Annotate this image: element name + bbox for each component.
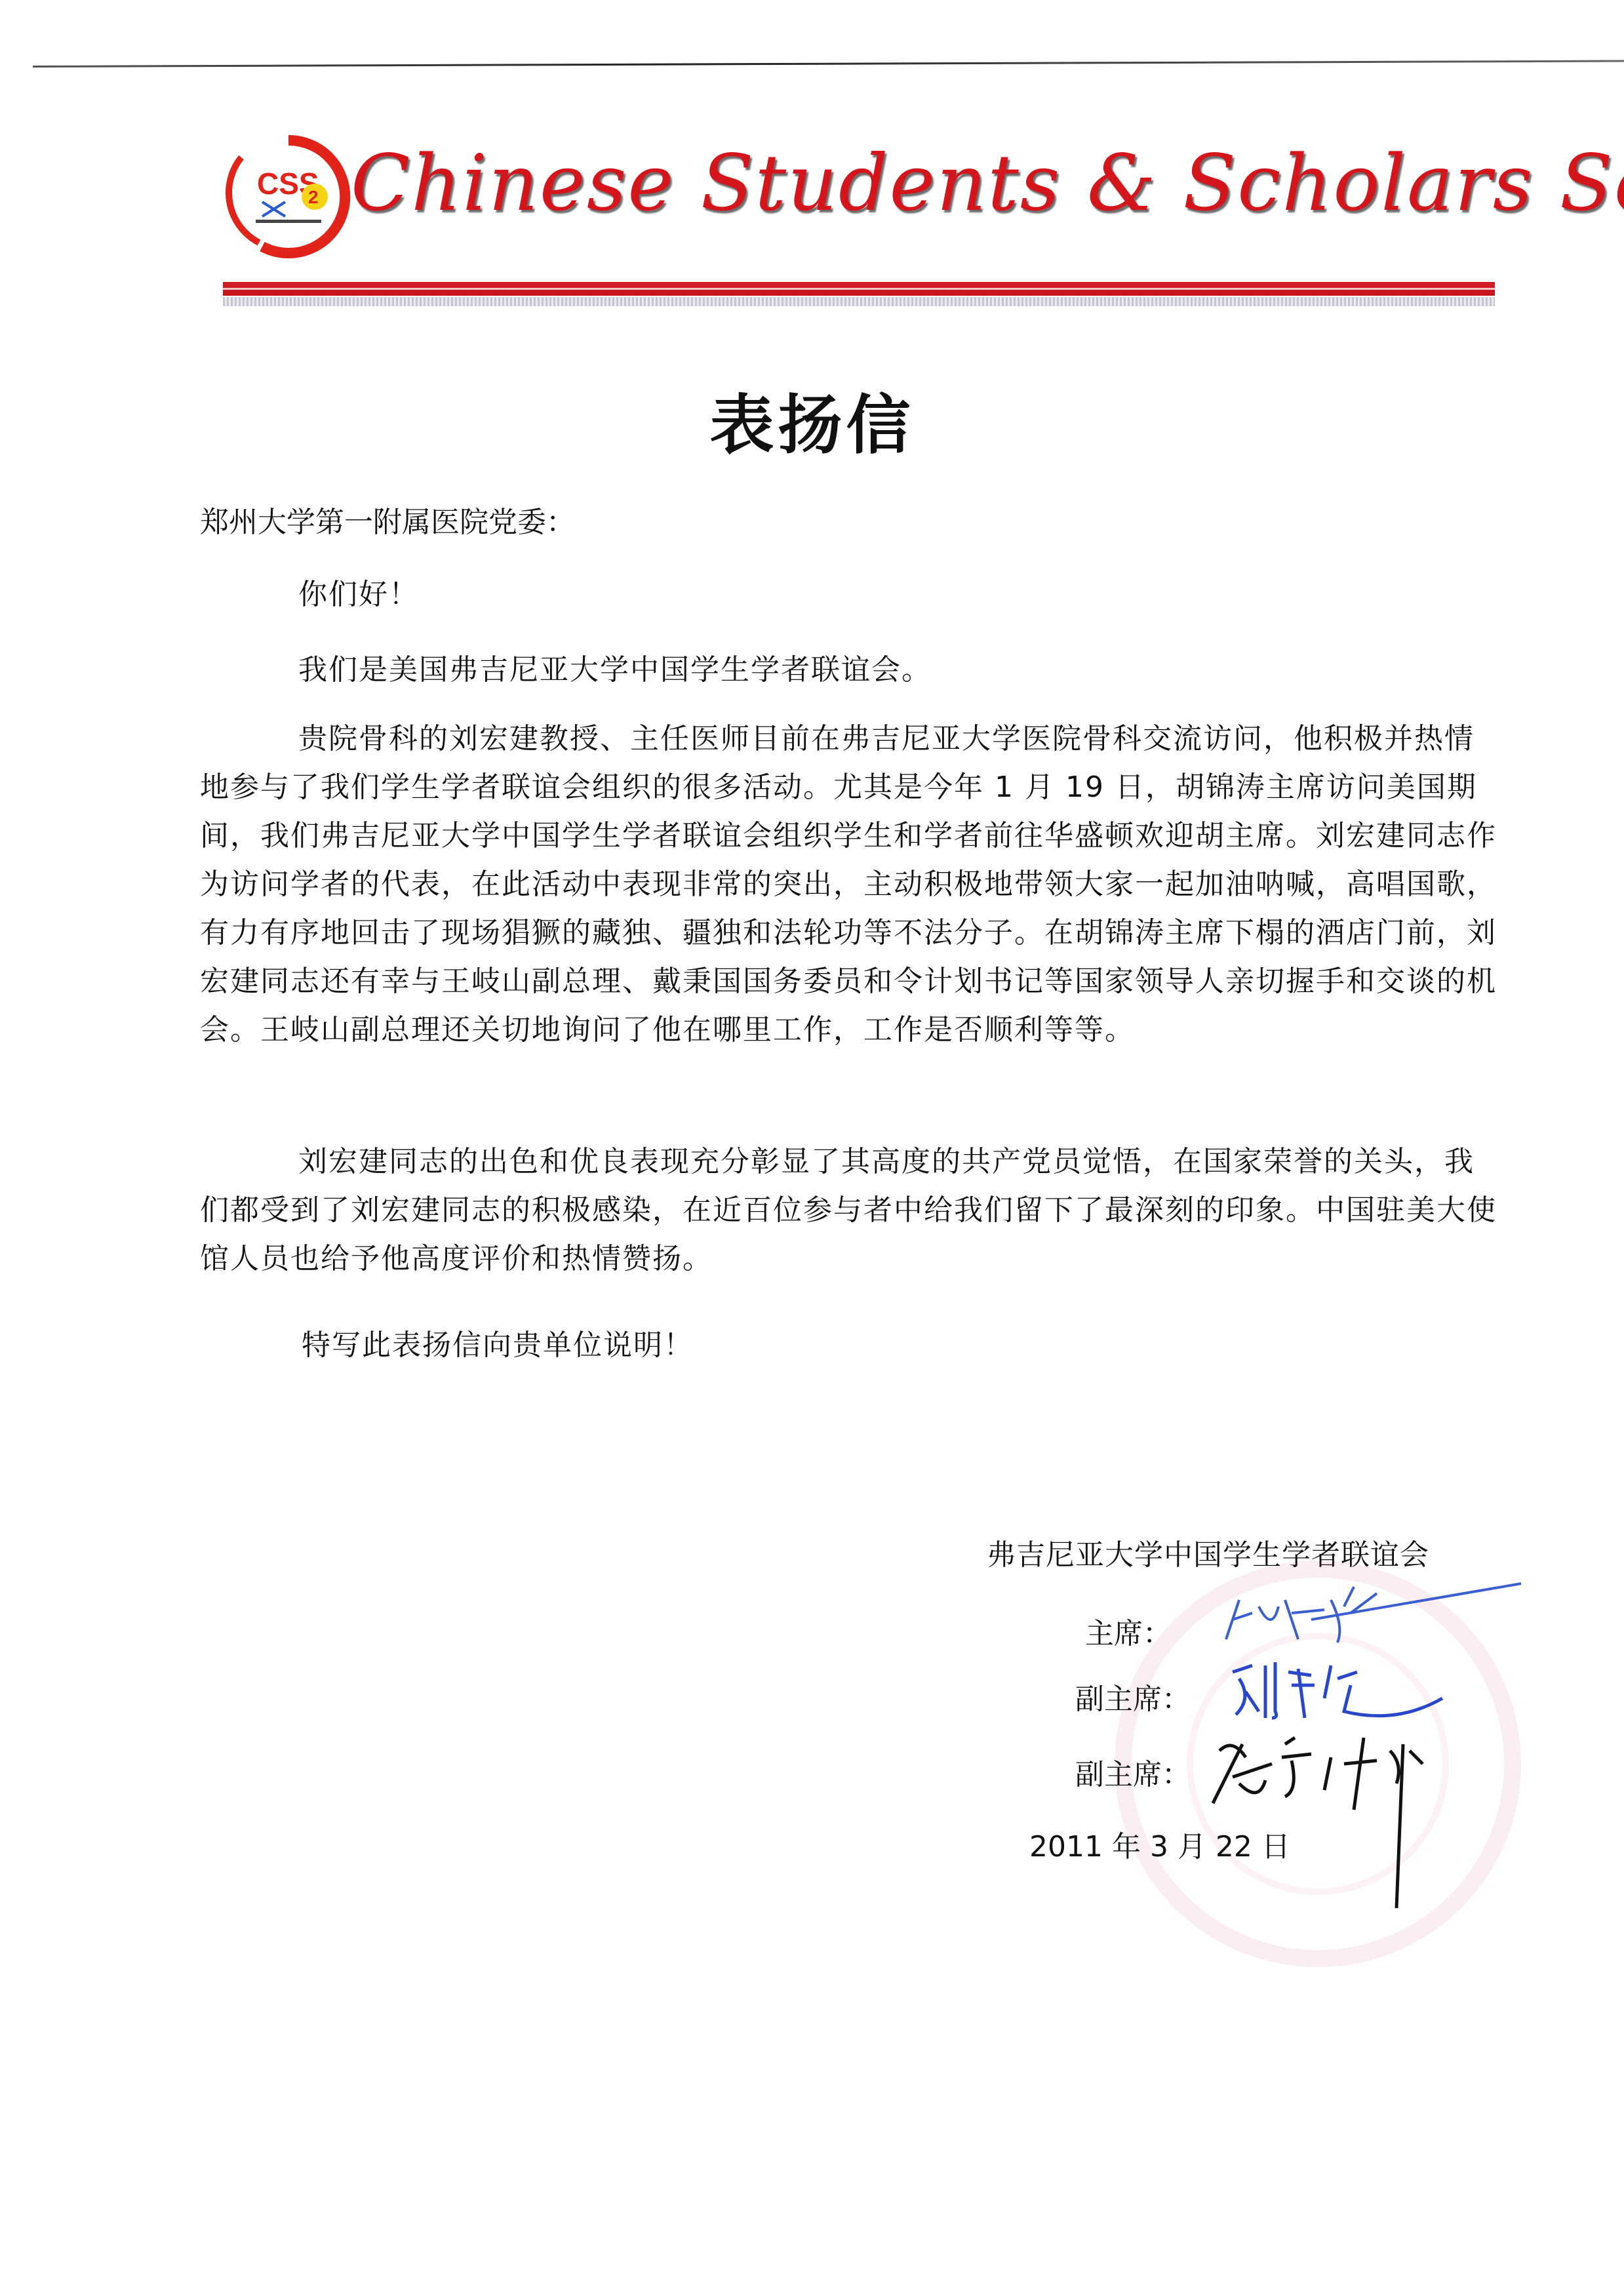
svg-text:2: 2: [308, 187, 319, 207]
vice-chair-1-signature-icon: [1226, 1652, 1462, 1725]
letterhead: CSS 2 Chinese Students & Scholars Societ…: [223, 131, 1508, 262]
salutation: 郑州大学第一附属医院党委：: [200, 498, 575, 540]
body-paragraph: 刘宏建同志的出色和优良表现充分彰显了其高度的共产党员觉悟，在国家荣誉的关头，我们…: [200, 1138, 1501, 1283]
chair-signature-icon: [1213, 1580, 1528, 1652]
signer-role: 副主席：: [1075, 1683, 1191, 1716]
signer-role: 主席：: [1085, 1617, 1172, 1650]
scan-top-line: [33, 60, 1624, 68]
organization-name: Chinese Students & Scholars Society: [351, 138, 1624, 228]
letter-title: 表扬信: [0, 374, 1624, 466]
greeting: 你们好！: [200, 570, 1501, 619]
signing-organization: 弗吉尼亚大学中国学生学者联谊会: [987, 1531, 1429, 1573]
closing-line: 特写此表扬信向贵单位说明！: [302, 1321, 1603, 1370]
signer-role: 副主席：: [1075, 1758, 1191, 1791]
intro-paragraph: 我们是美国弗吉尼亚大学中国学生学者联谊会。: [200, 646, 1501, 694]
letterhead-divider: [223, 282, 1495, 306]
signer-vice-chair-1: 副主席：: [1075, 1675, 1191, 1717]
signer-vice-chair-2: 副主席：: [1075, 1751, 1191, 1793]
css-logo-icon: CSS 2: [223, 131, 354, 262]
signer-chair: 主席：: [1085, 1610, 1172, 1652]
body-paragraph: 贵院骨科的刘宏建教授、主任医师目前在弗吉尼亚大学医院骨科交流访问，他积极并热情地…: [200, 715, 1501, 1054]
letter-date: 2011 年 3 月 22 日: [1029, 1823, 1290, 1865]
